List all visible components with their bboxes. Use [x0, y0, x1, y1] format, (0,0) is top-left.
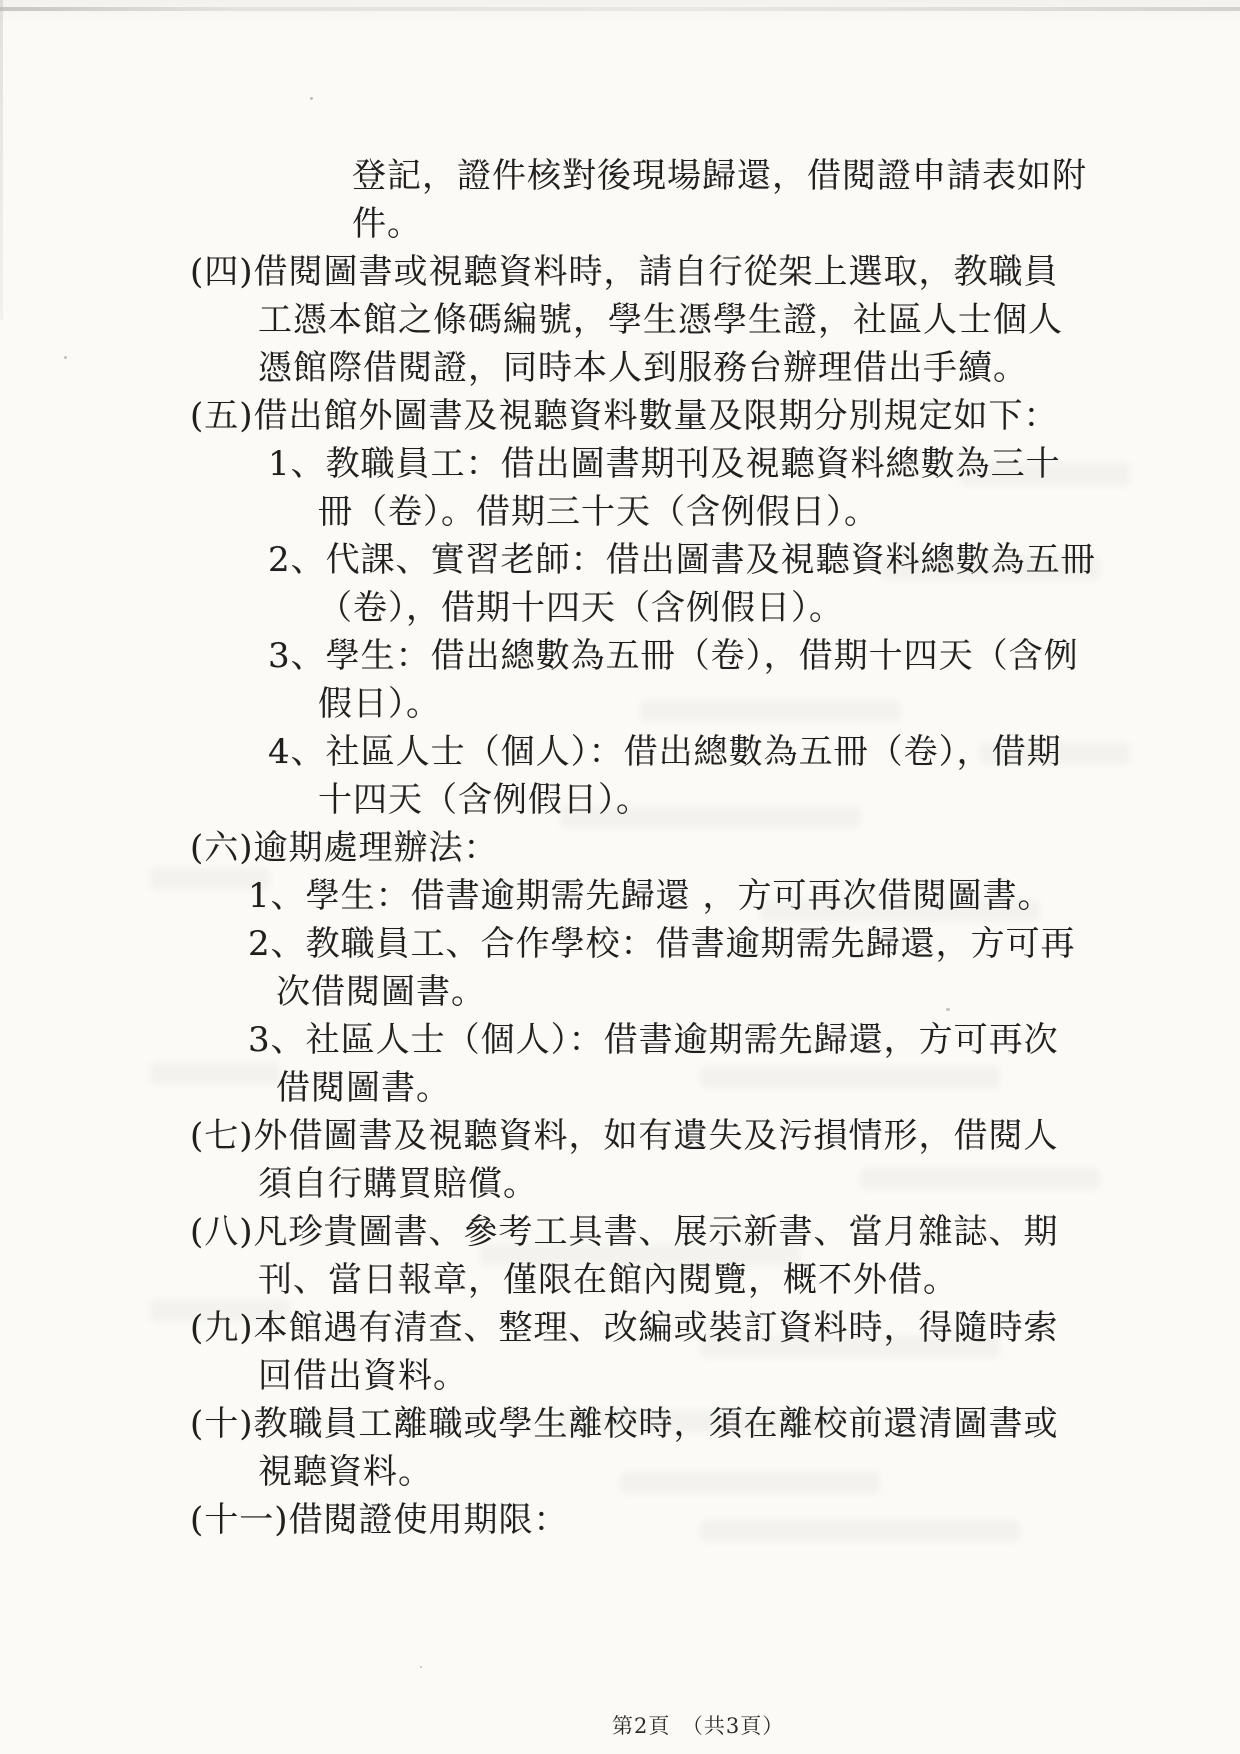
text-line: 次借閱圖書。	[276, 968, 486, 1016]
text-line: 憑館際借閱證，同時本人到服務台辦理借出手續。	[258, 344, 1028, 392]
text-line: 工憑本館之條碼編號，學生憑學生證，社區人士個人	[258, 296, 1063, 344]
text-line: (七)外借圖書及視聽資料，如有遺失及污損情形，借閱人	[190, 1112, 1059, 1160]
text-line: （卷），借期十四天（含例假日）。	[318, 584, 844, 632]
text-line: 須自行購買賠償。	[258, 1160, 538, 1208]
text-line: 2、教職員工、合作學校：借書逾期需先歸還，方可再	[248, 920, 1076, 968]
text-line: 回借出資料。	[258, 1352, 468, 1400]
page-number-footer: 第2頁 （共3頁）	[612, 1710, 784, 1740]
text-line: (五)借出館外圖書及視聽資料數量及限期分別規定如下：	[190, 392, 1059, 440]
text-line: 視聽資料。	[258, 1448, 433, 1496]
text-line: 借閱圖書。	[276, 1064, 451, 1112]
text-line: (十一)借閱證使用期限：	[190, 1496, 569, 1544]
scanned-document: { "colors": { "paper": "#fbfaf6", "ink":…	[0, 0, 1240, 1754]
text-line: 2、代課、實習老師：借出圖書及視聽資料總數為五冊	[268, 536, 1096, 584]
text-line: 4、社區人士（個人）：借出總數為五冊（卷），借期	[268, 728, 1062, 776]
text-line: (四)借閱圖書或視聽資料時，請自行從架上選取，教職員	[190, 248, 1059, 296]
text-line: 1、學生：借書逾期需先歸還 ，方可再次借閱圖書。	[248, 872, 1052, 920]
text-line: 假日）。	[318, 680, 441, 728]
text-line: 刊、當日報章，僅限在館內閱覽，概不外借。	[258, 1256, 958, 1304]
text-line: 3、社區人士（個人）：借書逾期需先歸還，方可再次	[248, 1016, 1059, 1064]
text-line: (九)本館遇有清查、整理、改編或裝訂資料時，得隨時索	[190, 1304, 1059, 1352]
text-line: (六)逾期處理辦法：	[190, 824, 499, 872]
document-body: 登記，證件核對後現場歸還，借閱證申請表如附件。(四)借閱圖書或視聽資料時，請自行…	[0, 0, 1240, 1754]
text-line: 件。	[352, 200, 422, 248]
text-line: (八)凡珍貴圖書、參考工具書、展示新書、當月雜誌、期	[190, 1208, 1059, 1256]
text-line: (十)教職員工離職或學生離校時，須在離校前還清圖書或	[190, 1400, 1059, 1448]
text-line: 登記，證件核對後現場歸還，借閱證申請表如附	[352, 152, 1087, 200]
text-line: 3、學生：借出總數為五冊（卷），借期十四天（含例	[268, 632, 1079, 680]
text-line: 冊（卷）。借期三十天（含例假日）。	[318, 488, 879, 536]
text-line: 1、教職員工：借出圖書期刊及視聽資料總數為三十	[268, 440, 1061, 488]
text-line: 十四天（含例假日）。	[318, 776, 651, 824]
